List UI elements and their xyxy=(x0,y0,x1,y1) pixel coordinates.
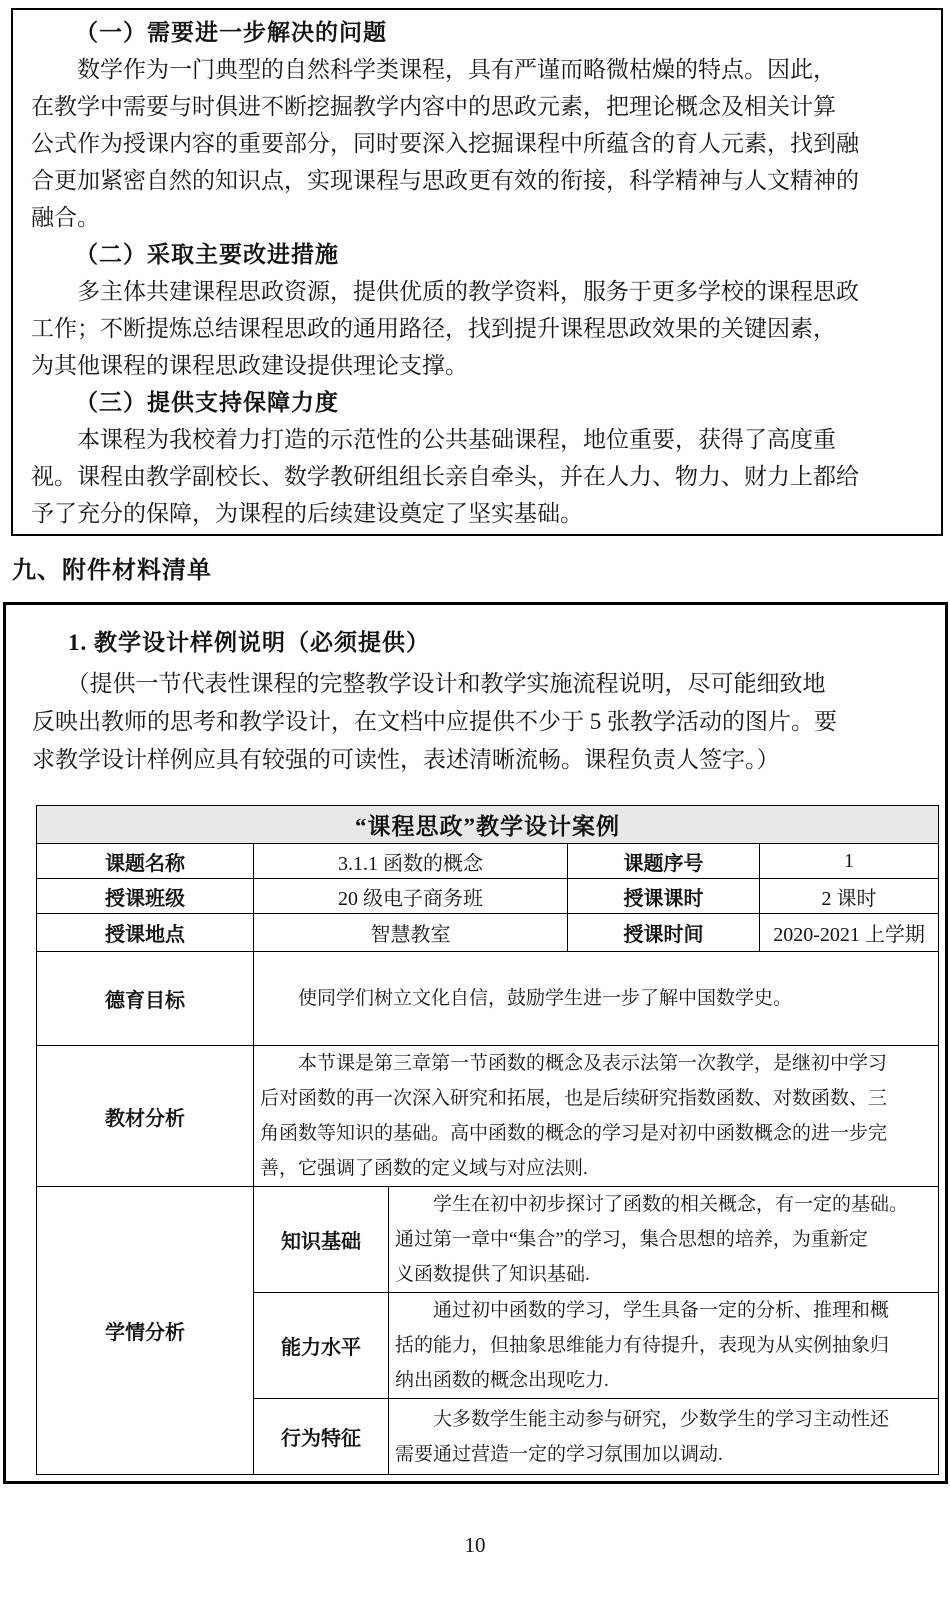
cell-text: 学生在初中初步探讨了函数的相关概念，有一定的基础。 通过第一章中“集合”的学习，… xyxy=(389,1187,939,1293)
cell-label-learner-analysis: 学情分析 xyxy=(37,1187,254,1475)
cell-label: 课题序号 xyxy=(568,844,760,879)
cell-label: 授课课时 xyxy=(568,879,760,914)
table-row-class: 授课班级 20 级电子商务班 授课课时 2 课时 xyxy=(37,879,939,914)
attachment-item-title: 1. 教学设计样例说明（必须提供） xyxy=(68,623,919,663)
attachment-item-note: （提供一节代表性课程的完整教学设计和教学实施流程说明，尽可能细致地 反映出教师的… xyxy=(32,665,919,779)
cell-value: 1 xyxy=(760,844,939,879)
cell-text: 大多数学生能主动参与研究，少数学生的学习主动性还 需要通过营造一定的学习氛围加以… xyxy=(389,1399,939,1475)
cell-value: 2020-2021 上学期 xyxy=(760,914,939,952)
section-2-heading: （二）采取主要改进措施 xyxy=(75,236,923,273)
cell-label: 授课地点 xyxy=(37,914,254,952)
section-3-heading: （三）提供支持保障力度 xyxy=(75,384,923,421)
cell-label: 授课时间 xyxy=(568,914,760,952)
section-1-heading: （一）需要进一步解决的问题 xyxy=(75,14,923,51)
page-number: 10 xyxy=(0,1532,950,1558)
section-3-body: 本课程为我校着力打造的示范性的公共基础课程，地位重要，获得了高度重 视。课程由教… xyxy=(31,421,923,532)
table-row-material-analysis: 教材分析 本节课是第三章第一节函数的概念及表示法第一次教学，是继初中学习 后对函… xyxy=(37,1046,939,1187)
cell-value: 3.1.1 函数的概念 xyxy=(254,844,568,879)
cell-text: 使同学们树立文化自信，鼓励学生进一步了解中国数学史。 xyxy=(254,952,939,1046)
table-title-row: “课程思政”教学设计案例 xyxy=(37,806,939,844)
section-2-body: 多主体共建课程思政资源，提供优质的教学资料，服务于更多学校的课程思政 工作；不断… xyxy=(31,273,923,384)
case-design-table: “课程思政”教学设计案例 课题名称 3.1.1 函数的概念 课题序号 1 授课班… xyxy=(36,805,939,1475)
cell-label: 教材分析 xyxy=(37,1046,254,1187)
attachment-box: 1. 教学设计样例说明（必须提供） （提供一节代表性课程的完整教学设计和教学实施… xyxy=(3,602,948,1484)
cell-label: 课题名称 xyxy=(37,844,254,879)
table-row-topic: 课题名称 3.1.1 函数的概念 课题序号 1 xyxy=(37,844,939,879)
document-page: （一）需要进一步解决的问题 数学作为一门典型的自然科学类课程，具有严谨而略微枯燥… xyxy=(0,8,950,1600)
cell-label: 知识基础 xyxy=(254,1187,389,1293)
section-1-body: 数学作为一门典型的自然科学类课程，具有严谨而略微枯燥的特点。因此， 在教学中需要… xyxy=(31,51,923,236)
cell-text: 通过初中函数的学习，学生具备一定的分析、推理和概 括的能力，但抽象思维能力有待提… xyxy=(389,1293,939,1399)
cell-value: 20 级电子商务班 xyxy=(254,879,568,914)
table-row-moral-goal: 德育目标 使同学们树立文化自信，鼓励学生进一步了解中国数学史。 xyxy=(37,952,939,1046)
summary-box: （一）需要进一步解决的问题 数学作为一门典型的自然科学类课程，具有严谨而略微枯燥… xyxy=(11,8,943,536)
table-title: “课程思政”教学设计案例 xyxy=(37,806,939,844)
cell-value: 智慧教室 xyxy=(254,914,568,952)
cell-text: 本节课是第三章第一节函数的概念及表示法第一次教学，是继初中学习 后对函数的再一次… xyxy=(254,1046,939,1187)
cell-label: 授课班级 xyxy=(37,879,254,914)
cell-label: 德育目标 xyxy=(37,952,254,1046)
cell-value: 2 课时 xyxy=(760,879,939,914)
cell-label: 行为特征 xyxy=(254,1399,389,1475)
table-row-knowledge-base: 学情分析 知识基础 学生在初中初步探讨了函数的相关概念，有一定的基础。 通过第一… xyxy=(37,1187,939,1293)
cell-label: 能力水平 xyxy=(254,1293,389,1399)
attachments-heading: 九、附件材料清单 xyxy=(12,556,950,586)
table-row-location: 授课地点 智慧教室 授课时间 2020-2021 上学期 xyxy=(37,914,939,952)
